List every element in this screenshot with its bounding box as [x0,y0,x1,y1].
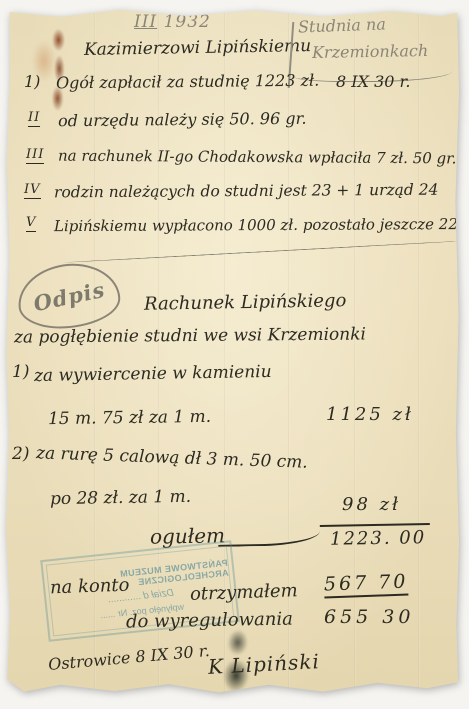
due-amount: 655 30 [324,606,414,628]
invoice-subtitle: za pogłębienie studni we wsi Krzemionki [14,324,366,347]
signature: K Lipiński [207,649,320,679]
item-amount: 98 zł [342,494,401,515]
note-text: od urzędu należy się 50. 96 gr. [58,109,307,131]
pencil-strike-line [64,240,461,263]
copy-mark-label: Odpis [31,276,107,316]
received-amount: 567 70 [324,571,409,599]
item-number: 2) [12,444,29,464]
note-text: Lipińskiemu wypłacono 1000 zł. pozostało… [54,215,469,235]
item-number: 1) [12,362,29,382]
item-amount: 1125 zł [326,404,414,425]
due-label: do wyregulowania [126,609,293,633]
item-description: za rurę 5 calową dł 3 m. 50 cm. [36,443,308,472]
side-note-line1: Studnia na [298,14,386,36]
note-numeral: IV [24,182,41,199]
paper-sheet-wrapper: III 1932 Kazimierzowi Lipińskiemu Studni… [6,10,459,693]
fold-crease-line [418,10,420,693]
scanned-document-page: { "colors": { "paper": "#e9ddba", "ink":… [0,0,469,709]
invoice-title: Rachunek Lipińskiego [144,290,347,315]
note-numeral: II [28,110,40,127]
side-note-line2: Krzemionkach [312,41,429,62]
date-year: 1932 [164,12,211,32]
received-label: otrzymałem [190,580,298,605]
total-dash-line [218,527,320,547]
note-text: Ogół zapłacił za studnię 1223 zł. [56,71,319,93]
note-text: na rachunek II-go Chodakowska wpłaciła 7… [58,147,457,168]
paper-sheet: III 1932 Kazimierzowi Lipińskiemu Studni… [6,10,459,693]
note-text: rodzin należących do studni jest 23 + 1 … [54,181,439,202]
rust-streak-stain [50,22,67,112]
on-account-label: na konto [50,575,130,599]
note-numeral: III [26,147,44,164]
total-amount: 1223. 00 [320,523,431,550]
note-date: 8 IX 30 r. [336,72,410,91]
note-numeral: 1) [24,72,40,91]
addressee-line: Kazimierzowi Lipińskiemu [84,36,311,60]
note-numeral: V [26,215,36,232]
item-detail: po 28 zł. za 1 m. [50,487,191,509]
pencil-date-annotation: III 1932 [134,12,211,32]
item-detail: 15 m. 75 zł za 1 m. [48,407,211,429]
place-and-date: Ostrowice 8 IX 30 r. [47,641,210,674]
item-description: za wywiercenie w kamieniu [34,362,272,386]
copy-mark-circle: Odpis [16,261,122,332]
date-roman-month: III [134,12,157,32]
